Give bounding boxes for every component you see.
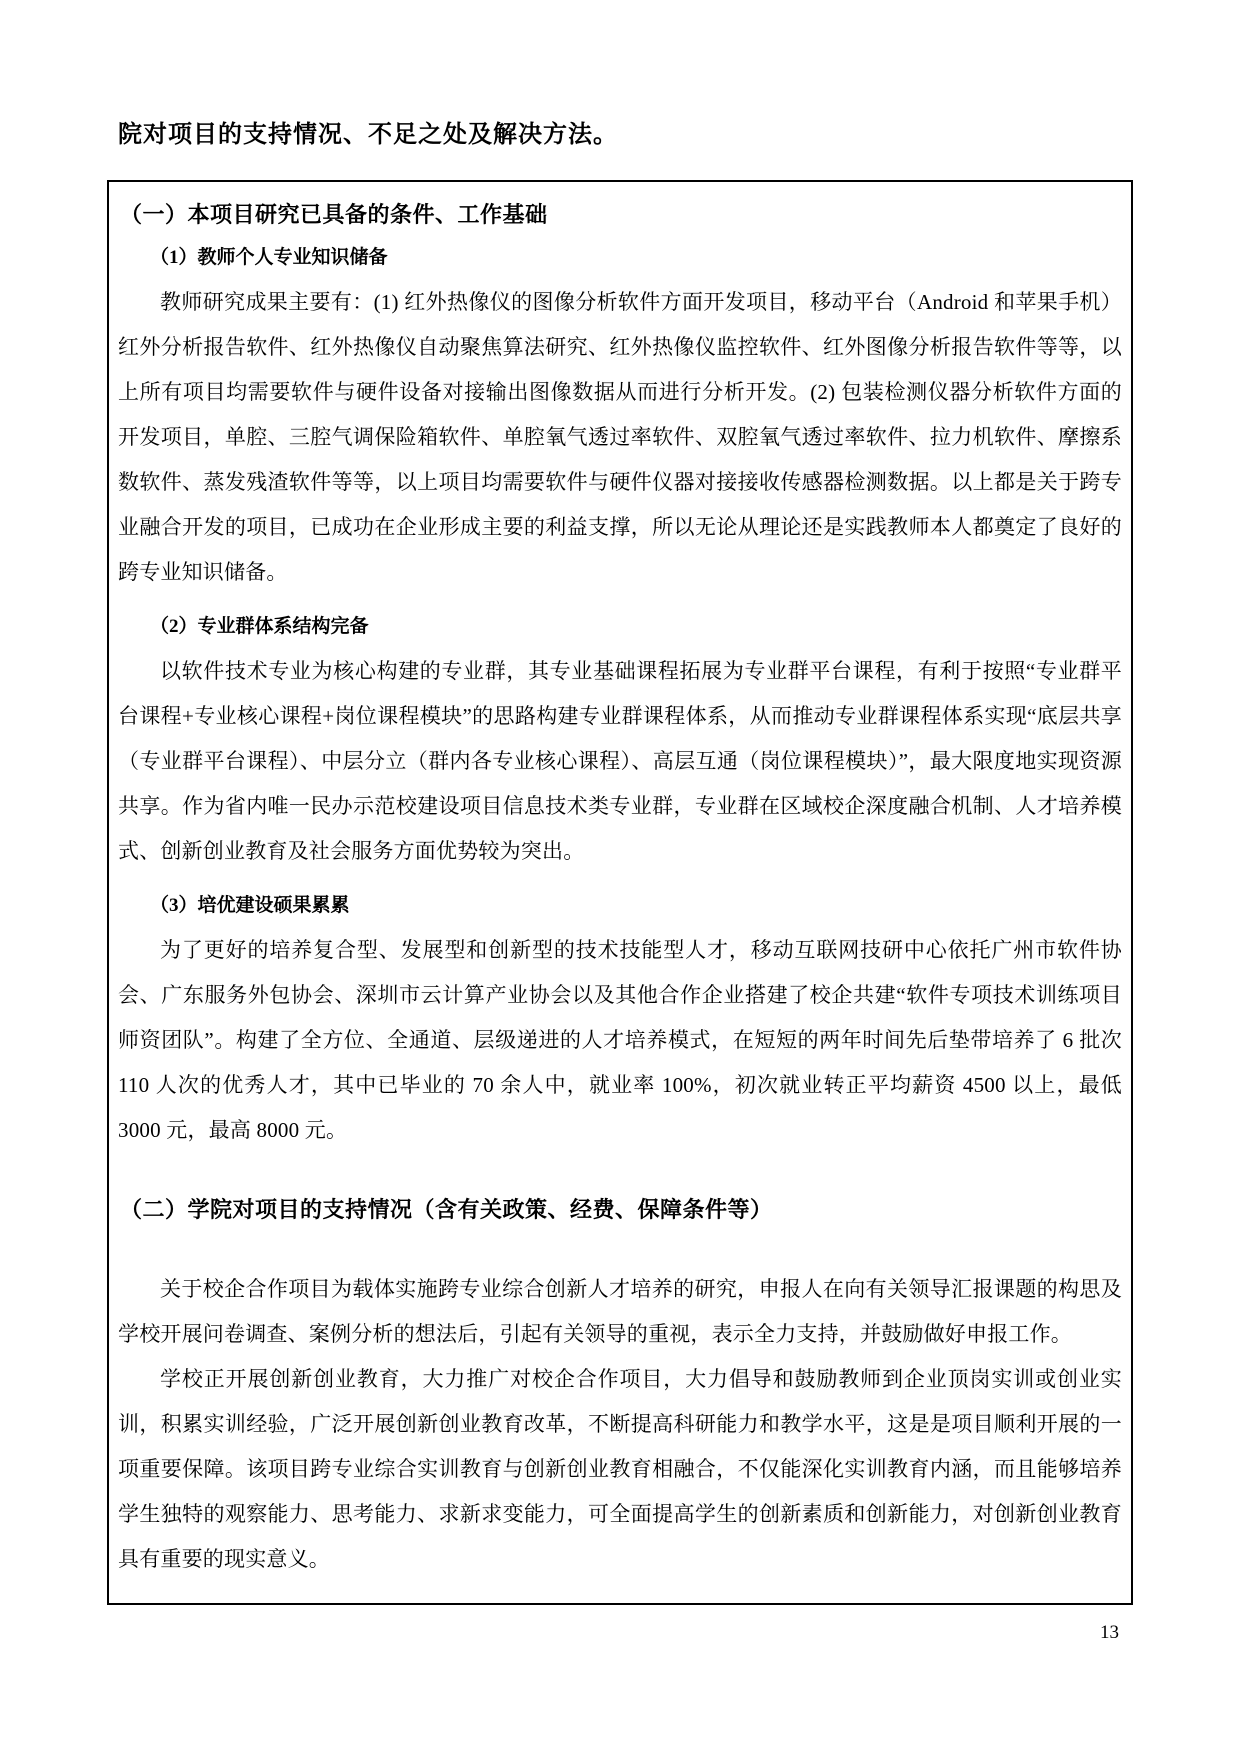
subsection-2-body: 以软件技术专业为核心构建的专业群，其专业基础课程拓展为专业群平台课程，有利于按照…	[118, 649, 1122, 874]
page-title: 院对项目的支持情况、不足之处及解决方法。	[118, 116, 618, 154]
subsection-1-body: 教师研究成果主要有：(1) 红外热像仪的图像分析软件方面开发项目，移动平台（An…	[118, 280, 1122, 595]
content-box: （一）本项目研究已具备的条件、工作基础 （1）教师个人专业知识储备 教师研究成果…	[107, 180, 1133, 1605]
section-1-heading: （一）本项目研究已具备的条件、工作基础	[120, 198, 1122, 232]
subsection-1-heading: （1）教师个人专业知识储备	[150, 244, 1122, 272]
section-2-paragraph-2: 学校正开展创新创业教育，大力推广对校企合作项目，大力倡导和鼓励教师到企业顶岗实训…	[118, 1357, 1122, 1582]
section-2-paragraph-1: 关于校企合作项目为载体实施跨专业综合创新人才培养的研究，申报人在向有关领导汇报课…	[118, 1267, 1122, 1357]
subsection-2-heading: （2）专业群体系结构完备	[150, 613, 1122, 641]
subsection-3-heading: （3）培优建设硕果累累	[150, 892, 1122, 920]
section-2-heading: （二）学院对项目的支持情况（含有关政策、经费、保障条件等）	[120, 1193, 1122, 1227]
subsection-3-body: 为了更好的培养复合型、发展型和创新型的技术技能型人才，移动互联网技研中心依托广州…	[118, 928, 1122, 1153]
page-number: 13	[1100, 1620, 1119, 1646]
